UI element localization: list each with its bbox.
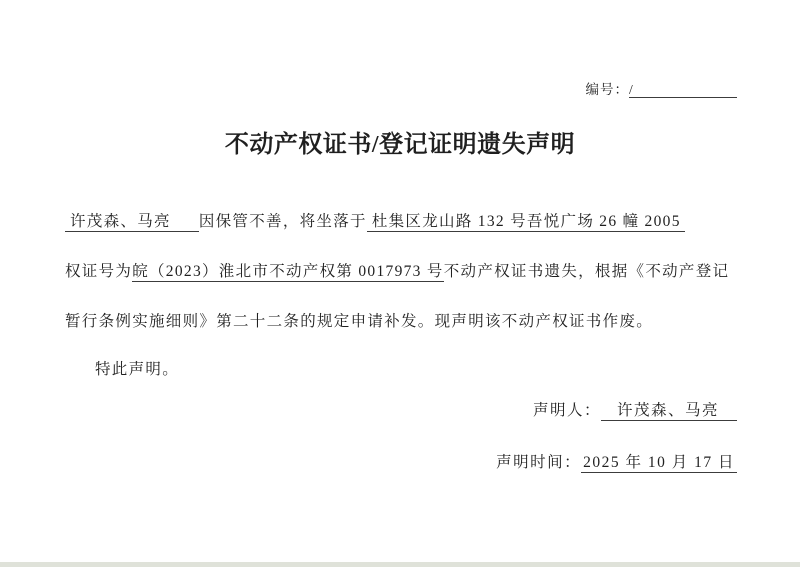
doc-number-line: 编号：/ (586, 78, 738, 98)
paragraph-1-text: 因保管不善，将坐落于 (199, 213, 367, 230)
date-value-underlined: 2025 年 10 月 17 日 (581, 454, 737, 473)
doc-number-blank-field: / (629, 82, 737, 98)
doc-number-value: / (629, 82, 634, 97)
declarant-value-underlined: 许茂森、马亮 (601, 402, 737, 421)
paragraph-3: 暂行条例实施细则》第二十二条的规定申请补发。现声明该不动产权证书作废。 (65, 310, 737, 334)
declarant-signature-line: 声明人：许茂森、马亮 (533, 398, 737, 420)
paragraph-2: 权证号为皖（2023）淮北市不动产权第 0017973 号不动产权证书遗失，根据… (65, 260, 737, 284)
certificate-number-underlined: 皖（2023）淮北市不动产权第 0017973 号 (132, 263, 444, 282)
property-location-underlined: 杜集区龙山路 132 号吾悦广场 26 幢 2005 (367, 213, 685, 232)
declaration-document-page: 编号：/ 不动产权证书/登记证明遗失声明 许茂森、马亮因保管不善，将坐落于杜集区… (0, 0, 800, 567)
paragraph-2-suffix: 不动产权证书遗失，根据《不动产登记 (444, 263, 730, 280)
document-title: 不动产权证书/登记证明遗失声明 (0, 124, 800, 159)
page-bottom-edge (0, 562, 800, 567)
declarant-name-underlined: 许茂森、马亮 (65, 213, 199, 232)
closing-statement: 特此声明。 (65, 358, 737, 382)
paragraph-1: 许茂森、马亮因保管不善，将坐落于杜集区龙山路 132 号吾悦广场 26 幢 20… (65, 210, 737, 234)
declaration-date-line: 声明时间：2025 年 10 月 17 日 (496, 450, 737, 472)
doc-number-label: 编号： (586, 82, 630, 97)
declarant-label: 声明人： (533, 402, 601, 419)
paragraph-2-prefix: 权证号为 (65, 263, 132, 280)
date-label: 声明时间： (496, 454, 581, 471)
